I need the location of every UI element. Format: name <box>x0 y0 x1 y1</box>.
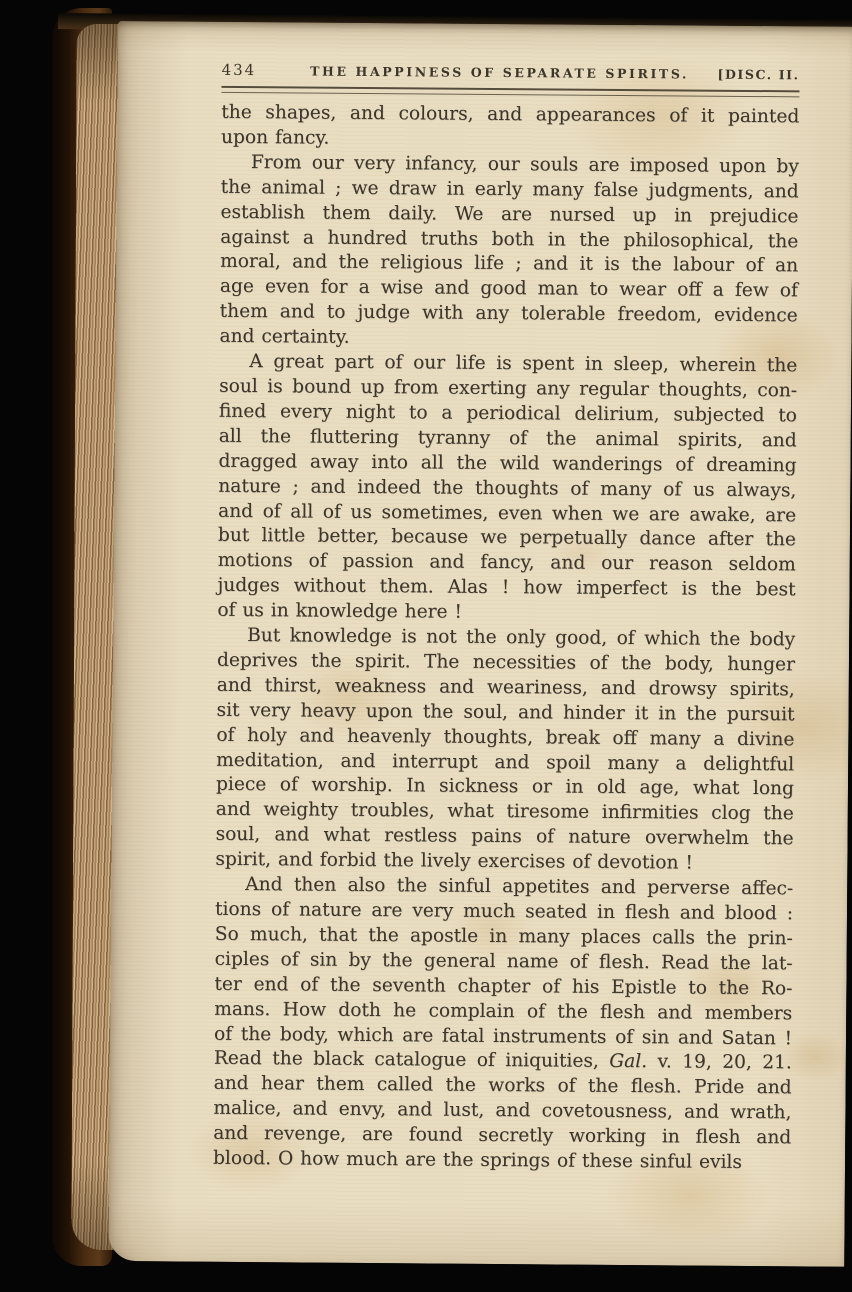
running-head: 434 THE HAPPINESS OF SEPARATE SPIRITS. [… <box>222 61 800 84</box>
running-title: THE HAPPINESS OF SEPARATE SPIRITS. <box>296 63 704 81</box>
section-label: [DISC. II. <box>704 67 800 83</box>
photo-background: 434 THE HAPPINESS OF SEPARATE SPIRITS. [… <box>0 0 852 1292</box>
paragraph: And then also the sinful appetites and p… <box>213 873 793 1176</box>
text-line: nature ; and indeed the thoughts of many… <box>218 474 796 503</box>
paragraph: A great part of our life is spent in sle… <box>217 350 797 628</box>
paragraph: the shapes, and colours, and appearances… <box>221 101 799 155</box>
text-line: mans. How doth he complain of the flesh … <box>214 997 792 1026</box>
book-page: 434 THE HAPPINESS OF SEPARATE SPIRITS. [… <box>108 21 852 1267</box>
paragraph: From our very infancy, our souls are imp… <box>219 151 799 355</box>
body-text: the shapes, and colours, and appearances… <box>213 101 799 1176</box>
text-line: blood. O how much are the springs of the… <box>213 1147 791 1176</box>
paragraph: But knowledge is not the only good, of w… <box>215 624 795 878</box>
text-line: establish them daily. We are nursed up i… <box>220 200 798 229</box>
header-double-rule <box>221 86 799 98</box>
page-number: 434 <box>222 61 296 80</box>
